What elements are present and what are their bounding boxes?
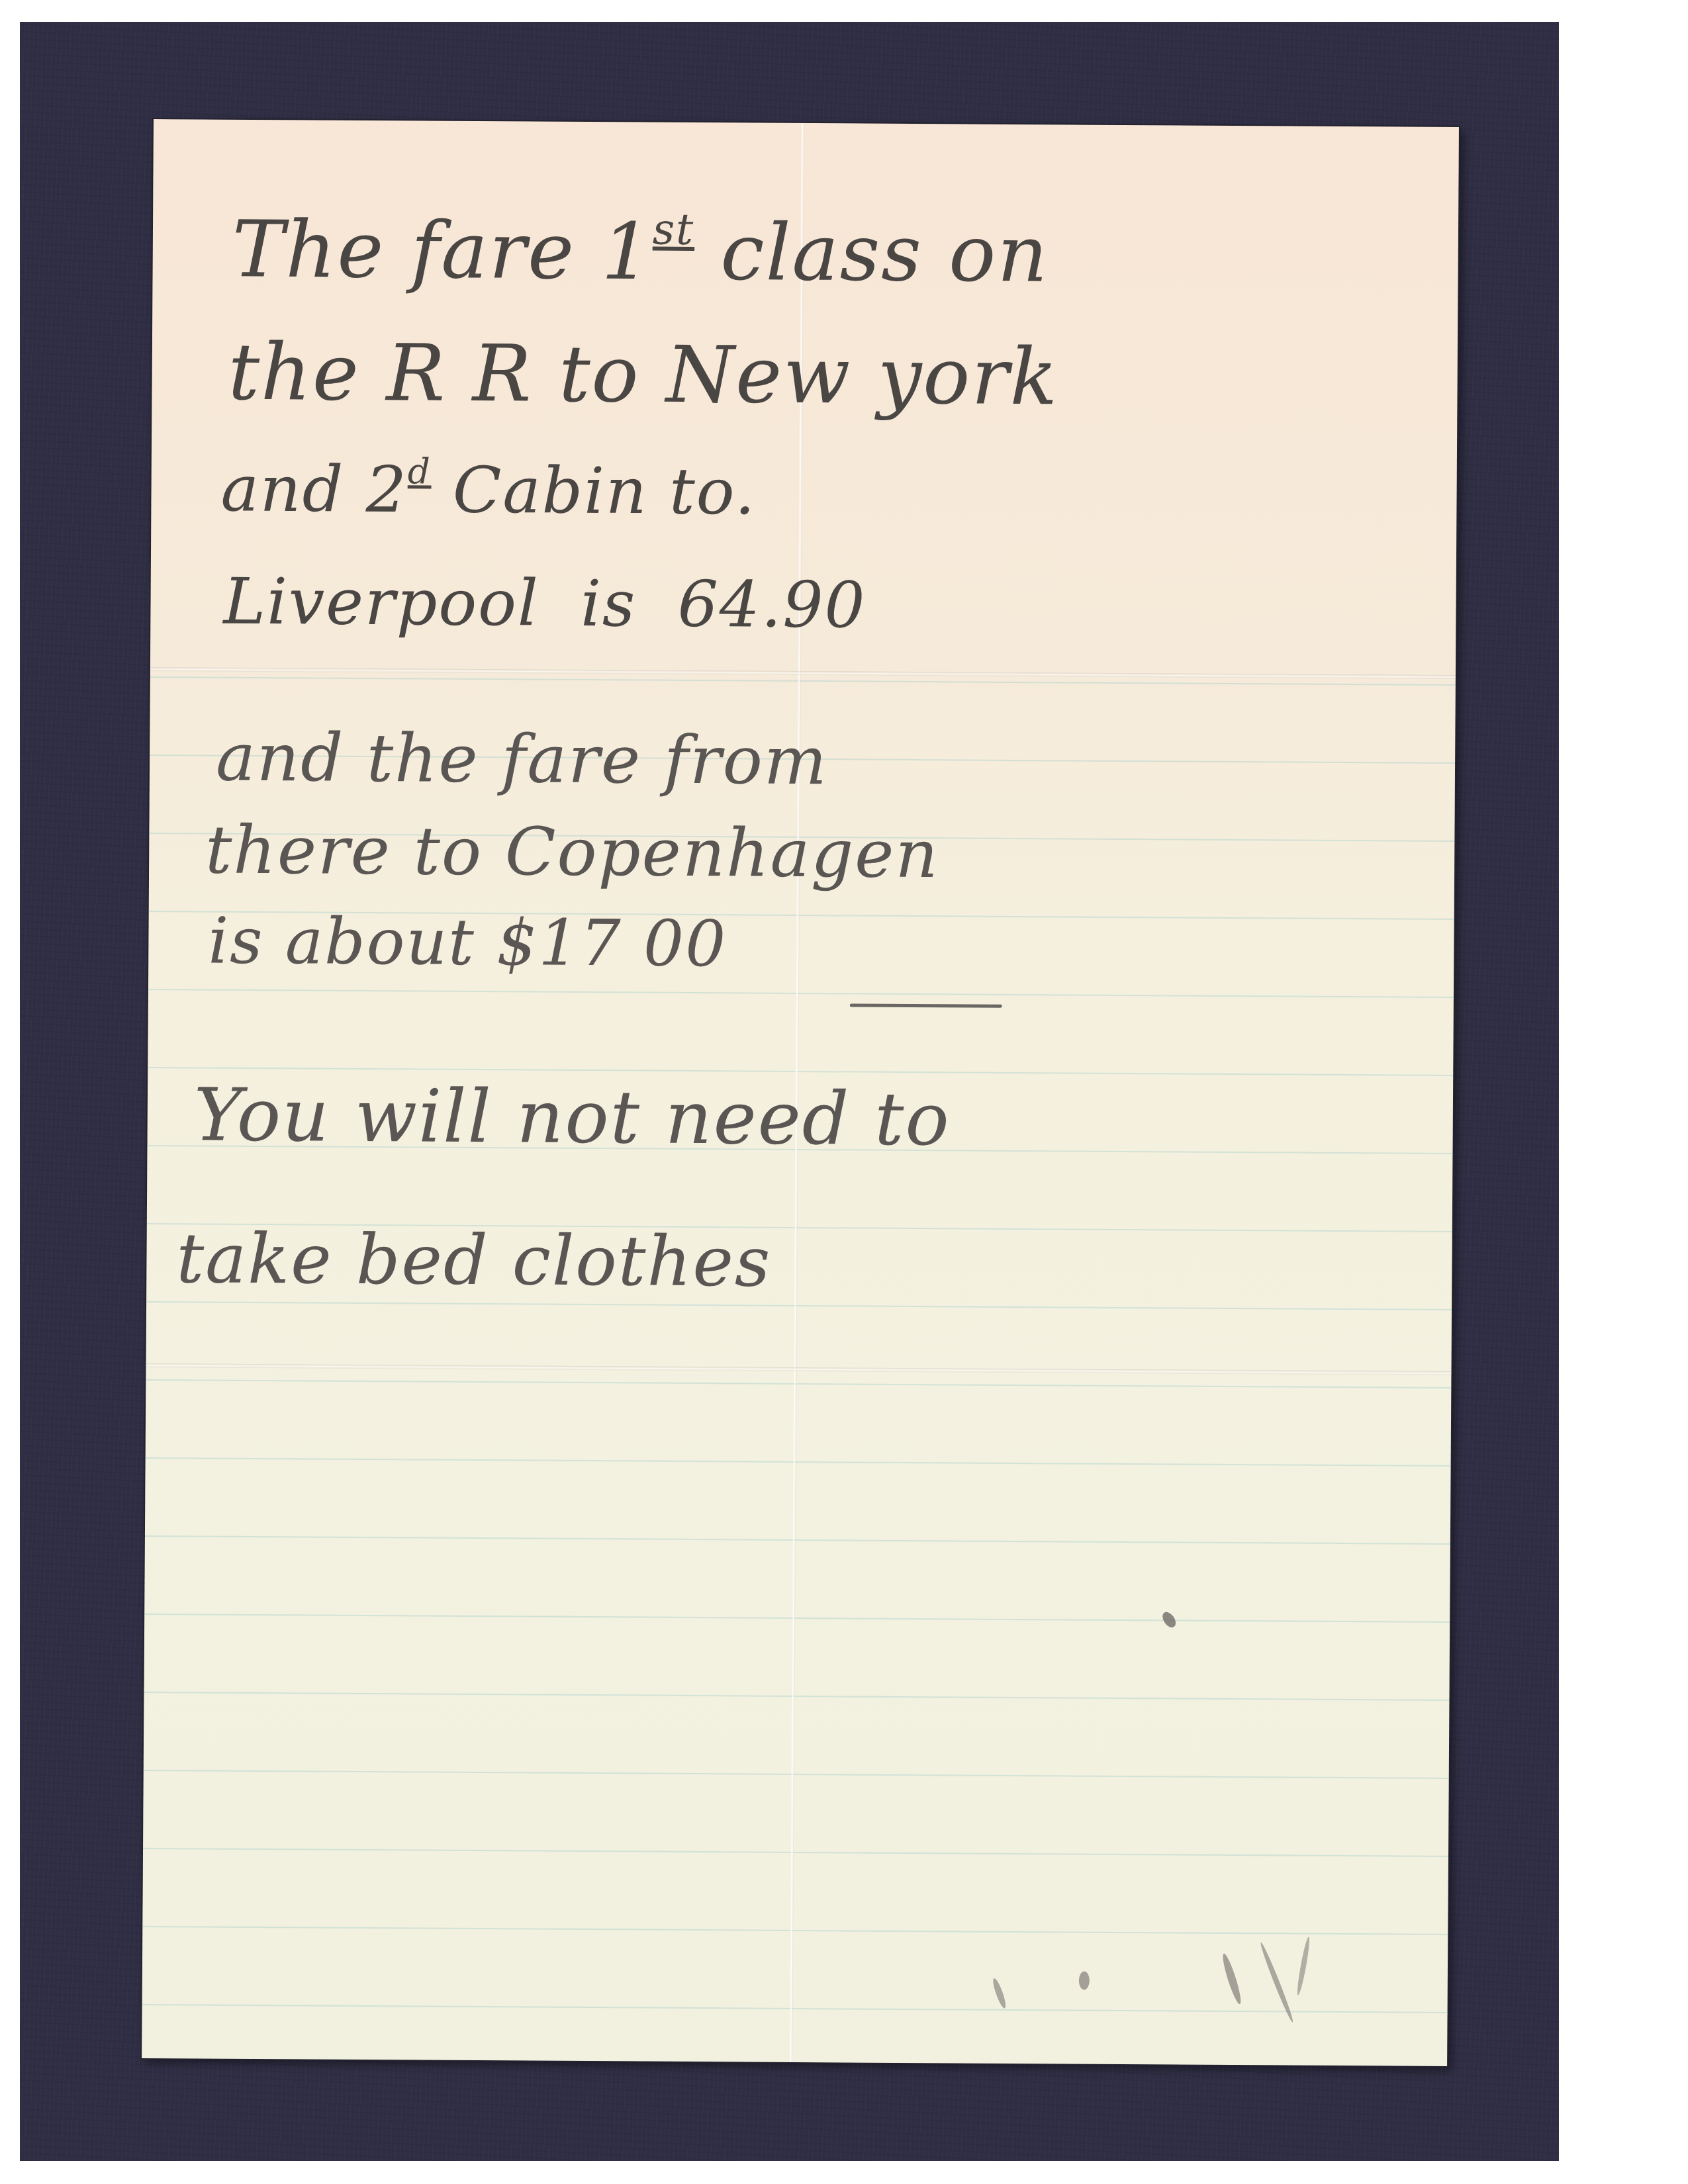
handwritten-line-3: and 2d Cabin to.: [220, 451, 757, 529]
ruled-line: [146, 1379, 1451, 1388]
handwritten-line-7: is about $17 00: [208, 904, 727, 981]
ruled-line: [145, 1535, 1450, 1545]
ruled-line: [143, 1848, 1448, 1857]
horizontal-fold-crease: [146, 1363, 1451, 1375]
handwritten-line-9: take bed clothes: [176, 1218, 772, 1302]
handwritten-line-6: there to Copenhagen: [205, 811, 939, 893]
ruled-line: [146, 1457, 1451, 1467]
ruled-line: [146, 1301, 1452, 1310]
pencil-smudge: [1295, 1936, 1311, 1996]
handwritten-line-4: Liverpool is 64.90: [223, 565, 867, 643]
handwritten-line-5: and the fare from: [216, 719, 828, 800]
handwritten-line-2: the R R to New york: [228, 326, 1058, 423]
ruled-line: [142, 1926, 1448, 1935]
handwritten-line-8: You will not need to: [193, 1072, 951, 1161]
line-text: Cabin to.: [431, 453, 757, 529]
superscript: st: [653, 205, 695, 255]
pencil-smudge: [991, 1978, 1008, 2010]
amount-underline: [850, 1003, 1002, 1007]
pencil-smudge: [1079, 1972, 1090, 1990]
ruled-line: [142, 2004, 1448, 2013]
handwritten-line-1: The fare 1st class on: [232, 203, 1049, 300]
ruled-line: [148, 989, 1454, 998]
line-text: and 2: [220, 451, 408, 527]
ruled-line: [144, 1770, 1449, 1779]
line-text: The fare 1: [232, 203, 653, 297]
superscript: d: [408, 451, 432, 492]
letter-page: The fare 1st class on the R R to New yor…: [142, 119, 1459, 2066]
pencil-smudge: [1220, 1952, 1244, 2005]
ruled-line: [144, 1692, 1449, 1701]
line-text: class on: [694, 206, 1049, 299]
ruled-line: [144, 1614, 1450, 1623]
